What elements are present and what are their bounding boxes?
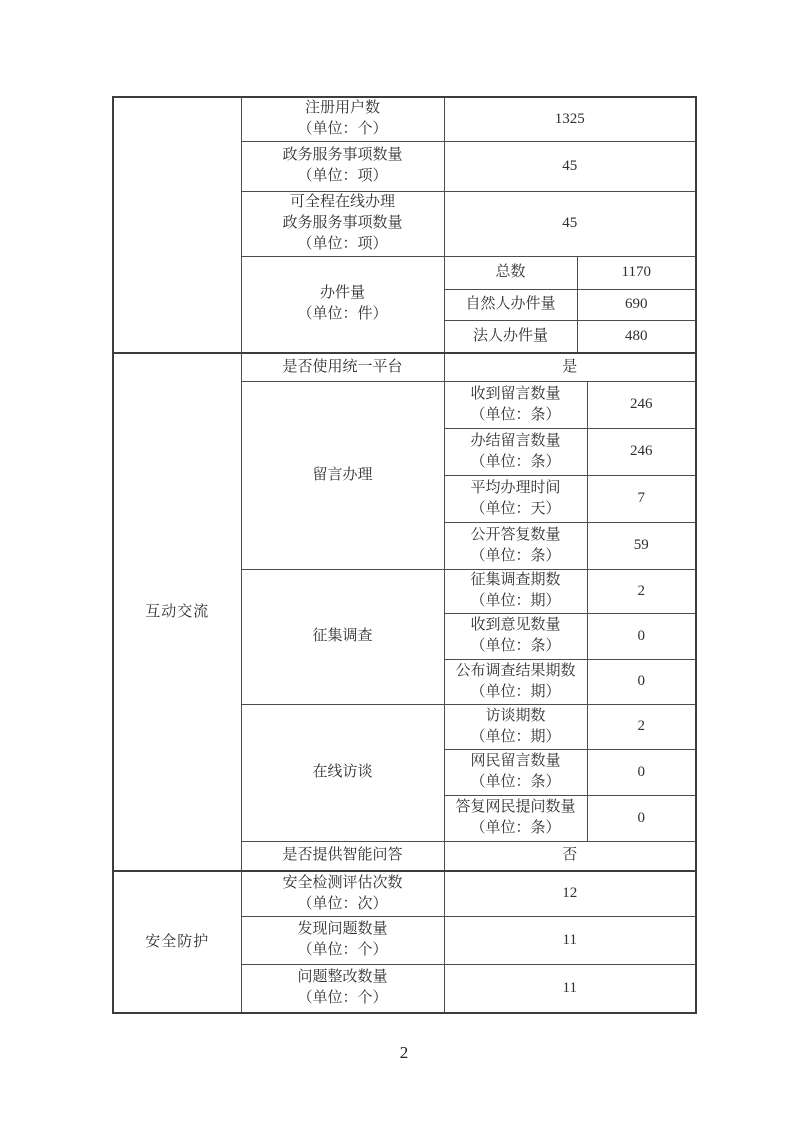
submetric-label-cell: 访谈期数 （单位：期）	[444, 704, 587, 749]
submetric-value-cell: 59	[587, 522, 696, 569]
group-unit: （单位：件）	[242, 304, 444, 325]
submetric-label-cell: 平均办理时间 （单位：天）	[444, 475, 587, 522]
submetric-name: 网民留言数量	[445, 751, 587, 772]
metric-label-cell: 问题整改数量 （单位：个）	[241, 964, 444, 1013]
submetric-unit: （单位：条）	[445, 405, 587, 426]
group-label-cell: 办件量 （单位：件）	[241, 256, 444, 353]
submetric-value-cell: 0	[587, 749, 696, 795]
submetric-value-cell: 2	[587, 704, 696, 749]
metric-value-cell: 11	[444, 916, 696, 964]
submetric-value-cell: 246	[587, 428, 696, 475]
submetric-name: 公布调查结果期数	[445, 661, 587, 682]
metric-label-cell: 可全程在线办理 政务服务事项数量 （单位：项）	[241, 191, 444, 256]
submetric-unit: （单位：期）	[445, 591, 587, 612]
submetric-value-cell: 7	[587, 475, 696, 522]
section-category-cell: 安全防护	[113, 871, 241, 1013]
submetric-value-cell: 0	[587, 613, 696, 659]
submetric-unit: （单位：条）	[445, 546, 587, 567]
submetric-unit: （单位：条）	[445, 452, 587, 473]
submetric-unit: （单位：条）	[445, 636, 587, 657]
document-page: 注册用户数 （单位：个） 1325 政务服务事项数量 （单位：项） 45 可全程…	[0, 0, 793, 1122]
submetric-label-cell: 自然人办件量	[444, 289, 577, 320]
submetric-unit: （单位：天）	[445, 499, 587, 520]
submetric-name: 访谈期数	[445, 706, 587, 727]
submetric-label-cell: 答复网民提问数量 （单位：条）	[444, 795, 587, 841]
submetric-value-cell: 0	[587, 659, 696, 704]
submetric-label-cell: 网民留言数量 （单位：条）	[444, 749, 587, 795]
metric-name: 注册用户数	[242, 98, 444, 119]
submetric-label-cell: 收到留言数量 （单位：条）	[444, 381, 587, 428]
metric-unit: （单位：个）	[242, 988, 444, 1009]
metric-label-cell: 是否使用统一平台	[241, 353, 444, 381]
metric-unit: （单位：个）	[242, 940, 444, 961]
metric-value-cell: 否	[444, 841, 696, 871]
metric-unit: （单位：项）	[242, 166, 444, 187]
metric-name: 发现问题数量	[242, 919, 444, 940]
metric-name: 安全检测评估次数	[242, 873, 444, 894]
group-name: 办件量	[242, 283, 444, 304]
submetric-unit: （单位：条）	[445, 818, 587, 839]
report-table: 注册用户数 （单位：个） 1325 政务服务事项数量 （单位：项） 45 可全程…	[112, 96, 697, 1014]
metric-value-cell: 45	[444, 191, 696, 256]
section-category-cell: 互动交流	[113, 353, 241, 871]
metric-unit: （单位：次）	[242, 894, 444, 915]
group-label-cell: 在线访谈	[241, 704, 444, 841]
metric-value-cell: 是	[444, 353, 696, 381]
section-category-cell	[113, 97, 241, 353]
metric-label-cell: 发现问题数量 （单位：个）	[241, 916, 444, 964]
submetric-unit: （单位：期）	[445, 682, 587, 703]
metric-name: 问题整改数量	[242, 967, 444, 988]
metric-value-cell: 11	[444, 964, 696, 1013]
metric-name: 政务服务事项数量	[242, 213, 444, 234]
submetric-value-cell: 0	[587, 795, 696, 841]
metric-name: 可全程在线办理	[242, 192, 444, 213]
submetric-value-cell: 1170	[577, 256, 696, 289]
metric-name: 政务服务事项数量	[242, 145, 444, 166]
metric-label-cell: 注册用户数 （单位：个）	[241, 97, 444, 141]
submetric-name: 答复网民提问数量	[445, 797, 587, 818]
submetric-label-cell: 总数	[444, 256, 577, 289]
submetric-name: 收到留言数量	[445, 384, 587, 405]
metric-value-cell: 45	[444, 141, 696, 191]
submetric-name: 征集调查期数	[445, 570, 587, 591]
metric-label-cell: 政务服务事项数量 （单位：项）	[241, 141, 444, 191]
submetric-unit: （单位：条）	[445, 772, 587, 793]
page-number: 2	[400, 1043, 409, 1063]
submetric-name: 平均办理时间	[445, 478, 587, 499]
metric-label-cell: 是否提供智能问答	[241, 841, 444, 871]
submetric-value-cell: 480	[577, 320, 696, 353]
metric-unit: （单位：个）	[242, 119, 444, 140]
metric-value-cell: 1325	[444, 97, 696, 141]
metric-label-cell: 安全检测评估次数 （单位：次）	[241, 871, 444, 916]
submetric-label-cell: 公开答复数量 （单位：条）	[444, 522, 587, 569]
submetric-unit: （单位：期）	[445, 727, 587, 748]
group-label-cell: 征集调查	[241, 569, 444, 704]
submetric-name: 办结留言数量	[445, 431, 587, 452]
group-label-cell: 留言办理	[241, 381, 444, 569]
metric-unit: （单位：项）	[242, 234, 444, 255]
submetric-name: 收到意见数量	[445, 615, 587, 636]
metric-value-cell: 12	[444, 871, 696, 916]
submetric-label-cell: 征集调查期数 （单位：期）	[444, 569, 587, 613]
submetric-label-cell: 办结留言数量 （单位：条）	[444, 428, 587, 475]
submetric-value-cell: 2	[587, 569, 696, 613]
submetric-label-cell: 收到意见数量 （单位：条）	[444, 613, 587, 659]
submetric-value-cell: 246	[587, 381, 696, 428]
submetric-value-cell: 690	[577, 289, 696, 320]
submetric-label-cell: 公布调查结果期数 （单位：期）	[444, 659, 587, 704]
submetric-name: 公开答复数量	[445, 525, 587, 546]
submetric-label-cell: 法人办件量	[444, 320, 577, 353]
